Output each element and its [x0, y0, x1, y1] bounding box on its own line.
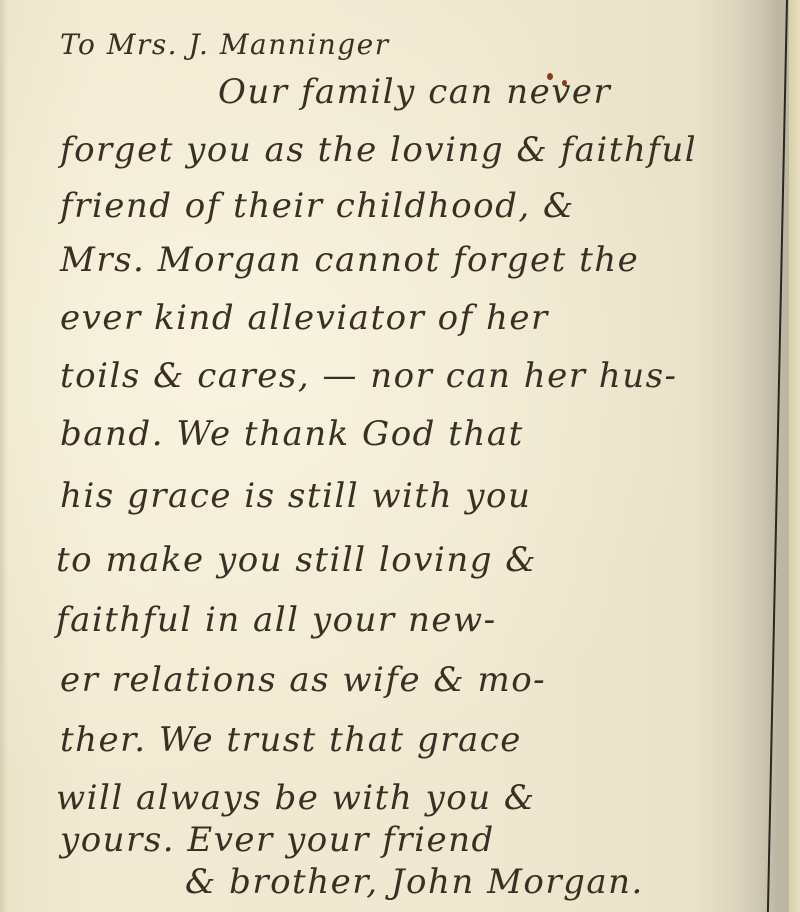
letter-line: his grace is still with you — [60, 476, 531, 516]
handwritten-letter: To Mrs. J. Manninger Our family can neve… — [0, 0, 780, 912]
letter-line: ever kind alleviator of her — [60, 298, 549, 338]
letter-line: er relations as wife & mo- — [60, 660, 546, 700]
letter-line: forget you as the loving & faithful — [60, 130, 697, 170]
letter-line: Mrs. Morgan cannot forget the — [60, 240, 639, 280]
letter-line: Our family can never — [218, 72, 611, 112]
letter-line: toils & cares, — nor can her hus- — [60, 356, 678, 396]
adjacent-page-edge — [789, 0, 800, 912]
letter-line: will always be with you & — [56, 778, 536, 818]
letter-line: to make you still loving & — [56, 540, 537, 580]
letter-signature: & brother, John Morgan. — [185, 862, 644, 902]
letter-line: yours. Ever your friend — [60, 820, 495, 860]
letter-line: friend of their childhood, & — [60, 186, 575, 226]
letter-salutation: To Mrs. J. Manninger — [60, 28, 390, 61]
letter-line: ther. We trust that grace — [60, 720, 522, 760]
letter-line: faithful in all your new- — [56, 600, 497, 640]
letter-line: band. We thank God that — [60, 414, 524, 454]
